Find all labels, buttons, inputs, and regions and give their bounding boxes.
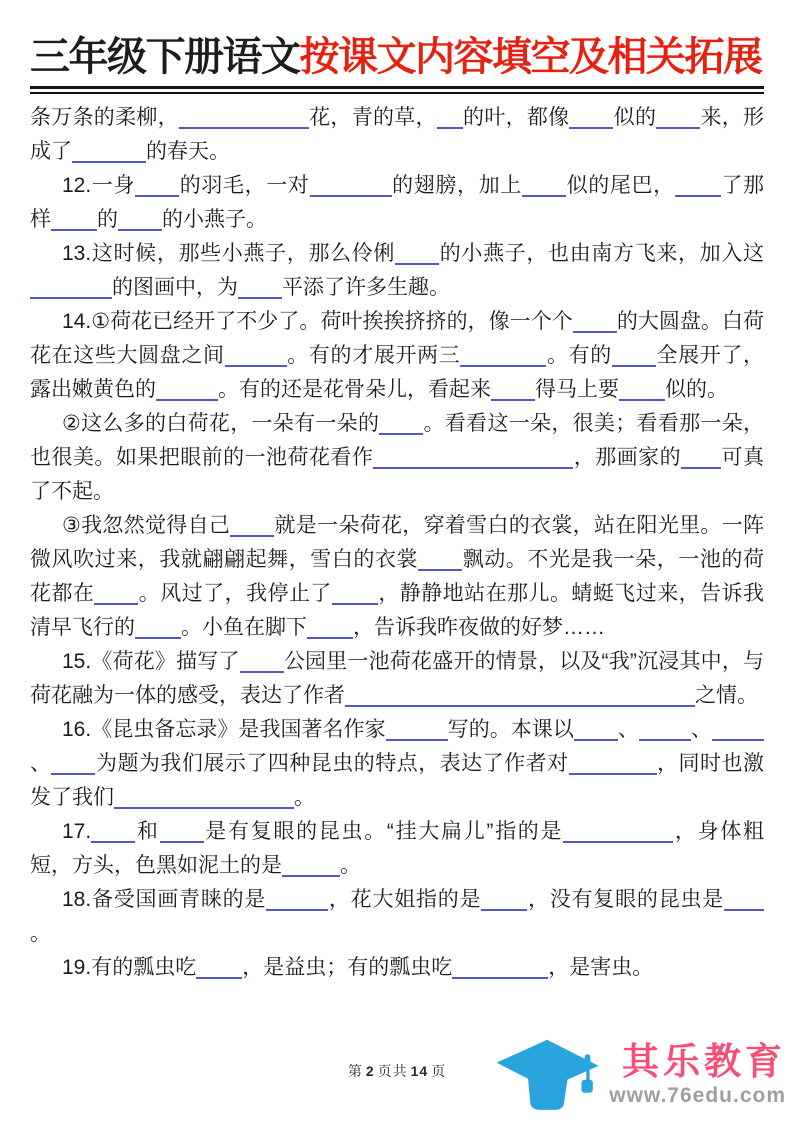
footer-suffix: 页 bbox=[431, 1063, 446, 1079]
fill-in-blank bbox=[460, 341, 546, 367]
text-run: 17. bbox=[62, 820, 91, 843]
document-body: 条万条的柔柳，花，青的草，的叶，都像似的来，形成了的春天。12.一身的羽毛，一对… bbox=[30, 101, 764, 985]
fill-in-blank bbox=[522, 171, 566, 197]
paragraph: 13.这时候，那些小燕子，那么伶俐的小燕子，也由南方飞来，加入这的图画中，为平添… bbox=[30, 237, 764, 305]
fill-in-blank bbox=[656, 103, 700, 129]
worksheet-page: 三年级下册语文按课文内容填空及相关拓展 条万条的柔柳，花，青的草，的叶，都像似的… bbox=[0, 0, 794, 1122]
fill-in-blank bbox=[225, 341, 287, 367]
text-run: ，那画家的 bbox=[573, 446, 681, 469]
fill-in-blank bbox=[230, 511, 274, 537]
paragraph: 16.《昆虫备忘录》是我国著名作家写的。本课以、、、为题为我们展示了四种昆虫的特… bbox=[30, 713, 764, 815]
fill-in-blank bbox=[240, 647, 284, 673]
fill-in-blank bbox=[135, 613, 181, 639]
fill-in-blank bbox=[156, 375, 218, 401]
fill-in-blank bbox=[91, 817, 135, 843]
fill-in-blank bbox=[307, 613, 353, 639]
fill-in-blank bbox=[160, 817, 204, 843]
text-run: ，花大姐指的是 bbox=[328, 888, 481, 911]
text-run: 是有复眼的昆虫。“挂大扁儿”指的是 bbox=[204, 820, 564, 843]
text-run: 15.《荷花》描写了 bbox=[62, 650, 240, 673]
text-run: ②这么多的白荷花，一朵有一朵的 bbox=[62, 412, 379, 435]
fill-in-blank bbox=[569, 749, 657, 775]
fill-in-blank bbox=[395, 239, 439, 265]
text-run: 。有的 bbox=[546, 344, 612, 367]
fill-in-blank bbox=[114, 783, 294, 809]
fill-in-blank bbox=[196, 953, 242, 979]
text-run: 似的尾巴， bbox=[566, 174, 675, 197]
fill-in-blank bbox=[72, 137, 146, 163]
fill-in-blank bbox=[51, 205, 97, 231]
text-run: 的羽毛，一对 bbox=[179, 174, 309, 197]
fill-in-blank bbox=[724, 885, 764, 911]
fill-in-blank bbox=[94, 579, 138, 605]
text-run: 。风过了，我停止了 bbox=[138, 582, 332, 605]
text-run: 16.《昆虫备忘录》是我国著名作家 bbox=[62, 718, 386, 741]
text-run: ③我忽然觉得自己 bbox=[62, 514, 230, 537]
paragraph: 条万条的柔柳，花，青的草，的叶，都像似的来，形成了的春天。 bbox=[30, 101, 764, 169]
fill-in-blank bbox=[310, 171, 392, 197]
paragraph: 15.《荷花》描写了公园里一池荷花盛开的情景，以及“我”沉浸其中，与荷花融为一体… bbox=[30, 645, 764, 713]
text-run: 。 bbox=[294, 786, 315, 809]
fill-in-blank bbox=[619, 375, 665, 401]
text-run: 和 bbox=[135, 820, 159, 843]
text-run: 14.①荷花已经开了不少了。荷叶挨挨挤挤的，像一个个 bbox=[62, 310, 573, 333]
text-run: 的 bbox=[97, 208, 118, 231]
brand-website: www.76edu.com bbox=[609, 1084, 786, 1107]
text-run: 的小燕子。 bbox=[162, 208, 267, 231]
fill-in-blank bbox=[238, 273, 282, 299]
fill-in-blank bbox=[574, 715, 618, 741]
fill-in-blank bbox=[491, 375, 535, 401]
fill-in-blank bbox=[379, 409, 423, 435]
paragraph: 19.有的瓢虫吃，是益虫；有的瓢虫吃，是害虫。 bbox=[30, 951, 764, 985]
text-run: 写的。本课以 bbox=[448, 718, 574, 741]
text-run: ，是益虫；有的瓢虫吃 bbox=[242, 956, 452, 979]
text-run: 的叶，都像 bbox=[463, 106, 570, 129]
fill-in-blank bbox=[569, 103, 613, 129]
text-run: 、 bbox=[691, 718, 712, 741]
text-run: ，没有复眼的昆虫是 bbox=[527, 888, 724, 911]
fill-in-blank bbox=[573, 307, 617, 333]
fill-in-blank bbox=[675, 171, 721, 197]
text-run: 似的。 bbox=[665, 378, 728, 401]
text-run: 的小燕子，也由南方飞来，加入这 bbox=[439, 242, 764, 265]
page-title: 三年级下册语文按课文内容填空及相关拓展 bbox=[30, 35, 762, 79]
text-run: 为题为我们展示了四种昆虫的特点，表达了作者对 bbox=[95, 752, 568, 775]
text-run: 13.这时候，那些小燕子，那么伶俐 bbox=[62, 242, 395, 265]
paragraph: 14.①荷花已经开了不少了。荷叶挨挨挤挤的，像一个个的大圆盘。白荷花在这些大圆盘… bbox=[30, 305, 764, 407]
title-divider bbox=[30, 86, 764, 94]
paragraph: 12.一身的羽毛，一对的翅膀，加上似的尾巴，了那样的的小燕子。 bbox=[30, 169, 764, 237]
fill-in-blank bbox=[481, 885, 527, 911]
text-run: 得马上要 bbox=[535, 378, 619, 401]
text-run: 似的 bbox=[613, 106, 656, 129]
text-run: 。小鱼在脚下 bbox=[181, 616, 307, 639]
title-topic: 按课文内容填空及相关拓展 bbox=[300, 35, 762, 79]
title-course: 三年级下册语文 bbox=[30, 35, 300, 79]
footer-middle: 页共 bbox=[378, 1063, 408, 1079]
fill-in-blank bbox=[386, 715, 448, 741]
text-run: 。 bbox=[30, 922, 51, 945]
text-run: ，是害虫。 bbox=[548, 956, 653, 979]
text-run: 的图画中，为 bbox=[112, 276, 238, 299]
fill-in-blank bbox=[437, 103, 463, 129]
graduation-cap-icon bbox=[495, 1032, 601, 1116]
fill-in-blank bbox=[345, 681, 695, 707]
text-run: 19.有的瓢虫吃 bbox=[62, 956, 196, 979]
text-run: 、 bbox=[618, 718, 639, 741]
text-run: 。 bbox=[340, 854, 361, 877]
fill-in-blank bbox=[118, 205, 162, 231]
text-run: 、 bbox=[30, 752, 51, 775]
text-run: 花，青的草， bbox=[309, 106, 437, 129]
fill-in-blank bbox=[282, 851, 340, 877]
text-run: 。有的还是花骨朵儿，看起来 bbox=[218, 378, 491, 401]
fill-in-blank bbox=[712, 715, 764, 741]
fill-in-blank bbox=[135, 171, 179, 197]
brand-text-block: 其乐教育 www.76edu.com bbox=[609, 1041, 786, 1107]
text-run: 平添了许多生趣。 bbox=[282, 276, 450, 299]
fill-in-blank bbox=[30, 273, 112, 299]
text-run: 18.备受国画青睐的是 bbox=[62, 888, 266, 911]
footer-prefix: 第 bbox=[348, 1063, 363, 1079]
fill-in-blank bbox=[373, 443, 573, 469]
fill-in-blank bbox=[452, 953, 548, 979]
fill-in-blank bbox=[639, 715, 691, 741]
paragraph: 18.备受国画青睐的是，花大姐指的是，没有复眼的昆虫是。 bbox=[30, 883, 764, 951]
fill-in-blank bbox=[563, 817, 673, 843]
text-run: 。有的才展开两三 bbox=[287, 344, 461, 367]
fill-in-blank bbox=[179, 103, 309, 129]
text-run: 之情。 bbox=[695, 684, 758, 707]
paragraph: ②这么多的白荷花，一朵有一朵的。看看这一朵，很美；看看那一朵，也很美。如果把眼前… bbox=[30, 407, 764, 509]
fill-in-blank bbox=[266, 885, 328, 911]
text-run: ，告诉我昨夜做的好梦…… bbox=[353, 616, 605, 639]
text-run: 12.一身 bbox=[62, 174, 135, 197]
paragraph: 17.和是有复眼的昆虫。“挂大扁儿”指的是，身体粗短，方头，色黑如泥土的是。 bbox=[30, 815, 764, 883]
text-run: 的翅膀，加上 bbox=[392, 174, 522, 197]
fill-in-blank bbox=[681, 443, 721, 469]
fill-in-blank bbox=[332, 579, 378, 605]
fill-in-blank bbox=[51, 749, 95, 775]
paragraph: ③我忽然觉得自己就是一朵荷花，穿着雪白的衣裳，站在阳光里。一阵微风吹过来，我就翩… bbox=[30, 509, 764, 645]
text-run: 的春天。 bbox=[146, 140, 230, 163]
fill-in-blank bbox=[612, 341, 656, 367]
page-header: 三年级下册语文按课文内容填空及相关拓展 bbox=[0, 0, 794, 81]
text-run: 条万条的柔柳， bbox=[30, 106, 179, 129]
brand-watermark: 其乐教育 www.76edu.com bbox=[495, 1032, 786, 1116]
brand-name: 其乐教育 bbox=[609, 1041, 786, 1084]
current-page-number: 2 bbox=[366, 1063, 375, 1079]
fill-in-blank bbox=[418, 545, 462, 571]
total-pages-number: 14 bbox=[411, 1063, 429, 1079]
